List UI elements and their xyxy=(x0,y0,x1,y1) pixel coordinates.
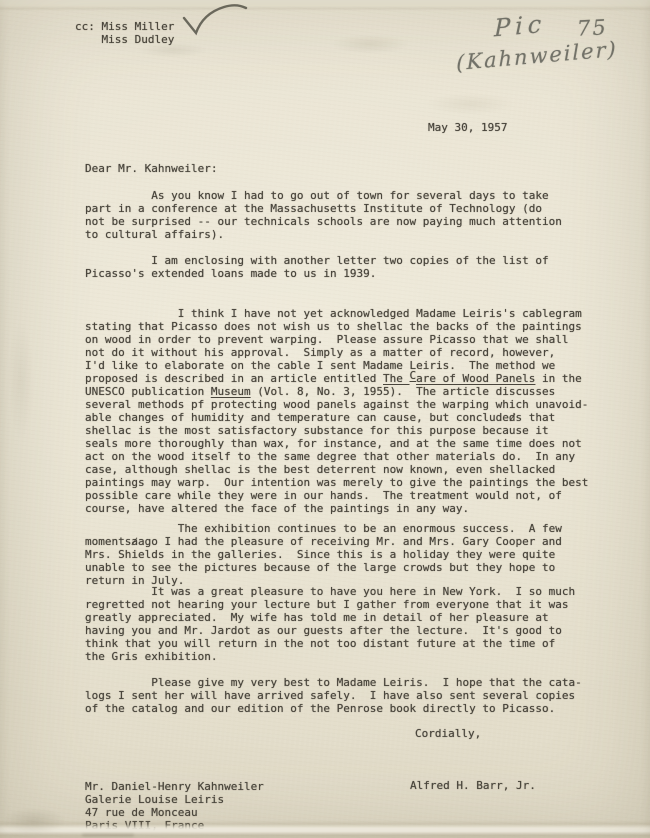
paper-stain xyxy=(8,320,34,440)
article-title: The xyxy=(383,372,410,385)
overstruck-char: d xyxy=(509,411,516,424)
scanned-letter-page: cc: Miss Miller Miss Dudley Pic 75 (Kahn… xyxy=(0,0,650,838)
salutation: Dear Mr. Kahnweiler: xyxy=(85,162,217,175)
closing: Cordially, xyxy=(415,727,481,740)
publication-name: Museum xyxy=(211,385,251,398)
paragraph-6: Please give my very best to Madame Leiri… xyxy=(85,676,600,715)
paper-stain xyxy=(330,34,410,54)
paper-top-edge xyxy=(0,0,650,11)
paragraph-5: It was a great pleasure to have you here… xyxy=(85,585,600,663)
paragraph-1: As you know I had to go out of town for … xyxy=(85,189,597,241)
handwritten-note-kahnweiler: (Kahnweiler) xyxy=(456,37,618,75)
paragraph-3: I think I have not yet acknowledged Mada… xyxy=(85,294,600,528)
cc-block: cc: Miss Miller Miss Dudley xyxy=(75,20,174,46)
paper-stain xyxy=(425,93,515,115)
paragraph-3-text: s that shellac is the most satisfactory … xyxy=(85,411,588,515)
paragraph-4-text: ago I had the pleasure of receiving Mr. … xyxy=(85,535,562,587)
overstruck-char: a xyxy=(131,535,138,548)
handwritten-note-pic: Pic xyxy=(494,10,547,43)
checkmark-icon xyxy=(178,2,253,40)
cut-off-typed-line xyxy=(82,832,134,837)
letter-date: May 30, 1957 xyxy=(428,121,507,134)
recipient-address: Mr. Daniel-Henry Kahnweiler Galerie Loui… xyxy=(85,780,264,832)
article-title-raised-c: C xyxy=(410,369,417,382)
handwritten-note-number: 75 xyxy=(576,15,608,41)
paragraph-2: I am enclosing with another letter two c… xyxy=(85,254,597,280)
paper-stain xyxy=(2,808,66,834)
article-title: are of Wood Panels xyxy=(416,372,535,385)
signature: Alfred H. Barr, Jr. xyxy=(410,779,536,792)
